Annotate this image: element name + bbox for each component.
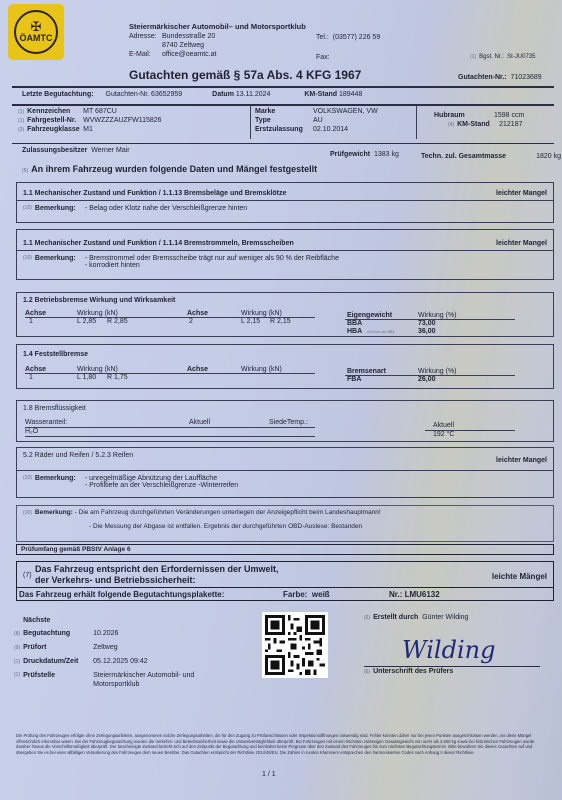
- pruefstelle-row: (1)PrüfstelleSteiermärkischer Automobil-…: [14, 671, 194, 689]
- code-number: (1): [18, 118, 24, 124]
- divider: [12, 104, 554, 106]
- erstellt-label: Erstellt durch: [373, 614, 418, 621]
- code-number: (1): [14, 671, 20, 689]
- bgst-label: Bgst. Nr.:: [479, 54, 504, 60]
- last-inspection-row: Letzte Begutachtung: Gutachten-Nr. 63652…: [22, 91, 362, 98]
- brake-fluid-box: 1.8 Bremsflüssigkeit Wasseranteil: Aktue…: [16, 400, 554, 442]
- axle-right-value: R 2,85: [107, 318, 128, 325]
- axle-left-value: L 2,85: [77, 318, 96, 325]
- parking-brake-box: 1.4 Feststellbremse Achse Wirkung (kN) A…: [16, 344, 554, 389]
- type-label: Type: [255, 117, 313, 124]
- achse-label: Achse: [25, 310, 46, 317]
- farbe-label: Farbe:: [283, 590, 307, 599]
- divider: [25, 427, 315, 428]
- remark-label: Bemerkung:: [35, 475, 85, 489]
- next-inspection-row: (8)Nächste Begutachtung10.2026: [14, 614, 194, 641]
- remark-label: Bemerkung:: [35, 205, 85, 212]
- signature-line: [364, 666, 540, 667]
- erstellt-value: Günter Wilding: [422, 614, 468, 621]
- logo-text: ÖAMTC: [20, 33, 53, 43]
- divider: [25, 436, 315, 437]
- aktuell-label: Aktuell: [189, 419, 210, 426]
- divider: [17, 587, 553, 588]
- farbe-row: Farbe: weiß: [283, 590, 330, 599]
- last-date-value: 13.11.2024: [236, 91, 271, 98]
- divider: [12, 143, 554, 144]
- remark-text: - Belag oder Klotz nahe der Verschleißgr…: [85, 205, 247, 212]
- code-number: (6): [364, 669, 370, 675]
- kennzeichen-label: Kennzeichen: [27, 108, 83, 115]
- gesamtmasse-label: Techn. zul. Gesamtmasse: [421, 153, 506, 160]
- code-number: (10): [23, 475, 32, 489]
- tel-value: (03577) 226 59: [333, 34, 380, 41]
- erstellt-row: (6)Erstellt durch Günter Wilding: [364, 614, 468, 621]
- achse-label: Achse: [187, 366, 208, 373]
- wirkung-pct-label: Wirkung (%): [418, 368, 457, 375]
- page-title: Gutachten gemäß § 57a Abs. 4 KFG 1967: [129, 68, 361, 82]
- code-number: (3): [18, 127, 24, 133]
- axle-left-value: L 2,15: [241, 318, 260, 325]
- bba-value: 73,00: [418, 320, 436, 327]
- eagle-icon: ✠: [31, 21, 42, 33]
- email-row: E-Mail:office@oeamtc.at: [129, 51, 216, 58]
- fahrgestell-value: WVWZZZAUZFW115826: [83, 117, 161, 124]
- address-label: Adresse:: [129, 33, 162, 40]
- siede-value: 192 °C: [433, 431, 454, 438]
- email-label: E-Mail:: [129, 51, 162, 58]
- address-line1: Bundesstraße 20: [162, 33, 215, 40]
- hubraum-value: 1598 ccm: [494, 112, 524, 119]
- general-remark-line1: (10)Bemerkung: - Die am Fahrzeug durchge…: [17, 506, 553, 519]
- code-number: (8): [14, 631, 20, 637]
- remark-text: - Die Messung der Abgase ist entfallen. …: [17, 519, 553, 530]
- marke-value: VOLKSWAGEN, VW: [313, 108, 378, 115]
- druckdatum-label: Druckdatum/Zeit: [23, 655, 93, 668]
- owner-row: Zulassungsbesitzer Werner Mair: [22, 147, 130, 154]
- divider: [12, 86, 554, 88]
- code-number: (1): [470, 54, 476, 60]
- code-number: (6): [364, 615, 370, 621]
- fba-label: FBA: [347, 376, 361, 383]
- owner-value: Werner Mair: [91, 147, 129, 154]
- divider: [345, 336, 445, 337]
- code-number: (1): [14, 659, 20, 665]
- code-number: (1): [18, 109, 24, 115]
- tel-row: Tel.: (03577) 226 59: [316, 34, 380, 41]
- code-number: (7): [23, 572, 32, 579]
- klasse-row: (3)FahrzeugklasseM1: [18, 126, 93, 133]
- plakette-nr-value: LMU6132: [405, 590, 440, 599]
- remark-text: - Die am Fahrzeug durchgeführten Verände…: [75, 509, 381, 516]
- achse-label: Achse: [187, 310, 208, 317]
- klasse-label: Fahrzeugklasse: [27, 126, 83, 133]
- legal-footer: Die Prüfung des Fahrzeuges erfolgte ohne…: [16, 733, 538, 755]
- wirkung-label: Wirkung (kN): [241, 366, 282, 373]
- remark-text: - korrodiert hinten: [85, 262, 339, 269]
- druckdatum-row: (1)Druckdatum/Zeit05.12.2025 09:42: [14, 655, 194, 669]
- divider: [416, 105, 417, 139]
- hubraum-label: Hubraum: [434, 112, 494, 119]
- scope-text: Prüfumfang gemäß PBStV Anlage 6: [21, 546, 131, 553]
- findings-heading-text: An ihrem Fahrzeug wurden folgende Daten …: [31, 164, 317, 174]
- code-number: (5): [22, 168, 28, 174]
- fahrgestell-row: (1)Fahrgestell-Nr.WVWZZZAUZFW115826: [18, 117, 162, 124]
- club-name: Steiermärkischer Automobil– und Motorspo…: [129, 22, 306, 31]
- code-number: (4): [448, 122, 454, 128]
- aktuell-label: Aktuell: [433, 422, 454, 429]
- brake-fluid-title: 1.8 Bremsflüssigkeit: [23, 405, 86, 412]
- divider: [250, 105, 251, 139]
- plakette-label: Das Fahrzeug erhält folgende Begutachtun…: [19, 590, 224, 599]
- last-date-label: Datum: [212, 91, 234, 98]
- siede-label: SiedeTemp.:: [269, 419, 308, 426]
- gesamtmasse-value: 1820 kg: [536, 153, 561, 160]
- tel-label: Tel.:: [316, 34, 329, 41]
- achse-label: Achse: [25, 366, 46, 373]
- code-number: (10): [23, 510, 32, 516]
- verdict-line1: Das Fahrzeug entspricht den Erforderniss…: [35, 564, 279, 575]
- next-inspection-label: Nächste Begutachtung: [23, 614, 93, 640]
- klasse-value: M1: [83, 126, 93, 133]
- wirkung-label: Wirkung (kN): [241, 310, 282, 317]
- marke-label: Marke: [255, 108, 313, 115]
- tyres-box: 5.2 Räder und Reifen / 5.2.3 Reifenleich…: [16, 447, 554, 498]
- gutachten-nr-label: Gutachten-Nr.:: [458, 74, 507, 81]
- finding-title: 1.1 Mechanischer Zustand und Funktion / …: [23, 240, 294, 247]
- last-gutachten-label: Gutachten-Nr.: [106, 91, 150, 98]
- page-indicator: 1 / 1: [262, 771, 276, 778]
- bgst-row: (1)Bgst. Nr.: St-JU0735: [470, 54, 536, 60]
- pruefstelle-label: Prüfstelle: [23, 671, 93, 689]
- scope-box: Prüfumfang gemäß PBStV Anlage 6: [16, 544, 554, 555]
- axle-left-value: L 1,80: [77, 374, 96, 381]
- pruefort-value: Zeltweg: [93, 644, 118, 651]
- pruefort-label: Prüfort: [23, 641, 93, 654]
- oeamtc-logo: ✠ ÖAMTC: [8, 4, 64, 60]
- finding-title: 1.1 Mechanischer Zustand und Funktion / …: [23, 190, 286, 197]
- vehicle-data: (1)KennzeichenMT 687CU (1)Fahrgestell-Nr…: [18, 108, 558, 140]
- general-remark-box: (10)Bemerkung: - Die am Fahrzeug durchge…: [16, 505, 554, 542]
- code-number: (10): [23, 255, 32, 269]
- service-brake-box: 1.2 Betriebsbremse Wirkung und Wirksamke…: [16, 292, 554, 337]
- wirkung-label: Wirkung (kN): [77, 310, 118, 317]
- remark-text: - Profiltiefe an der Verschleißgrenze -W…: [85, 482, 238, 489]
- remark-label: Bemerkung:: [35, 255, 85, 269]
- km-stand-label: KM-Stand: [457, 121, 499, 128]
- kennzeichen-value: MT 687CU: [83, 108, 117, 115]
- hba-note: mit Kreis der BBA: [367, 330, 395, 334]
- pruefort-row: (9)PrüfortZeltweg: [14, 641, 194, 655]
- fba-value: 26,00: [418, 376, 436, 383]
- verdict-text: Das Fahrzeug entspricht den Erforderniss…: [35, 564, 279, 586]
- verdict-result: leichte Mängel: [492, 572, 547, 581]
- severity-badge: leichter Mangel: [496, 190, 547, 197]
- wasser-label: Wasseranteil:: [25, 419, 67, 426]
- owner-label: Zulassungsbesitzer: [22, 147, 87, 154]
- hba-value: 36,00: [418, 328, 436, 335]
- fahrgestell-label: Fahrgestell-Nr.: [27, 117, 83, 124]
- remark-label: Bemerkung:: [35, 509, 73, 516]
- qr-code: [262, 612, 328, 678]
- unterschrift-label: Unterschrift des Prüfers: [373, 668, 453, 675]
- gesamtmasse-row: Techn. zul. Gesamtmasse1820 kg: [421, 153, 561, 160]
- fax-label: Fax:: [316, 54, 330, 61]
- erstzulassung-value: 02.10.2014: [313, 126, 348, 133]
- last-km-value: 189448: [339, 91, 362, 98]
- qr-code-icon: [265, 615, 325, 675]
- km-stand-value: 212187: [499, 121, 522, 128]
- axle-number: 1: [29, 318, 33, 325]
- bba-label: BBA: [347, 320, 362, 327]
- bottom-info: (8)Nächste Begutachtung10.2026 (9)Prüfor…: [14, 614, 194, 689]
- gutachten-nr-value: 71023689: [511, 74, 542, 81]
- findings-heading: (5)An ihrem Fahrzeug wurden folgende Dat…: [22, 164, 317, 174]
- last-inspection-label: Letzte Begutachtung:: [22, 91, 94, 98]
- hba-label: HBA: [347, 328, 362, 335]
- bremsenart-label: Bremsenart: [347, 368, 386, 375]
- plakette-nr-row: Nr.: LMU6132: [389, 590, 440, 599]
- severity-badge: leichter Mangel: [496, 240, 547, 247]
- axle-number: 1: [29, 374, 33, 381]
- pruefgewicht-value: 1383 kg: [374, 151, 399, 158]
- wirkung-pct-label: Wirkung (%): [418, 312, 457, 319]
- severity-badge: leichter Mangel: [496, 457, 547, 464]
- axle-number: 2: [189, 318, 193, 325]
- finding-box: 1.1 Mechanischer Zustand und Funktion / …: [16, 229, 554, 280]
- last-km-label: KM-Stand: [304, 91, 337, 98]
- finding-box: 1.1 Mechanischer Zustand und Funktion / …: [16, 182, 554, 223]
- unterschrift-row: (6)Unterschrift des Prüfers: [364, 668, 453, 675]
- pruefstelle-value: Motorsportklub: [93, 680, 194, 689]
- bgst-value: St-JU0735: [507, 54, 535, 60]
- type-row: TypeAU: [255, 117, 323, 124]
- farbe-value: weiß: [312, 590, 330, 599]
- axle-right-value: R 1,75: [107, 374, 128, 381]
- erstzulassung-label: Erstzulassung: [255, 126, 313, 133]
- verdict-box: (7) Das Fahrzeug entspricht den Erforder…: [16, 561, 554, 601]
- pruefstelle-value: Steiermärkischer Automobil- und: [93, 671, 194, 680]
- remark-text: - unregelmäßige Abnützung der Lauffläche: [85, 475, 238, 482]
- type-value: AU: [313, 117, 323, 124]
- pruefgewicht-row: Prüfgewicht 1383 kg: [330, 151, 399, 158]
- eigengewicht-label: Eigengewicht: [347, 312, 392, 319]
- verdict-line2: der Verkehrs- und Betriebssicherheit:: [35, 575, 279, 586]
- plakette-nr-label: Nr.:: [389, 590, 402, 599]
- last-gutachten-value: 63652959: [151, 91, 182, 98]
- code-number: (10): [23, 205, 32, 212]
- axle-right-value: R 2,15: [270, 318, 291, 325]
- h2o-label: H₂O: [25, 428, 38, 435]
- service-brake-title: 1.2 Betriebsbremse Wirkung und Wirksamke…: [23, 297, 175, 304]
- divider: [25, 373, 315, 374]
- code-number: (9): [14, 645, 20, 651]
- km-stand-row: (4)KM-Stand212187: [434, 121, 522, 128]
- kennzeichen-row: (1)KennzeichenMT 687CU: [18, 108, 117, 115]
- gutachten-number: Gutachten-Nr.: 71023689: [458, 74, 542, 81]
- parking-brake-title: 1.4 Feststellbremse: [23, 351, 88, 358]
- next-inspection-value: 10.2026: [93, 630, 118, 637]
- email-value: office@oeamtc.at: [162, 51, 216, 58]
- tyres-title: 5.2 Räder und Reifen / 5.2.3 Reifen: [23, 452, 133, 459]
- hubraum-row: Hubraum1598 ccm: [434, 112, 524, 119]
- erstzulassung-row: Erstzulassung02.10.2014: [255, 126, 348, 133]
- remark-text: - Bremstrommel oder Bremsscheibe trägt n…: [85, 255, 339, 262]
- druckdatum-value: 05.12.2025 09:42: [93, 658, 148, 665]
- pruefgewicht-label: Prüfgewicht: [330, 151, 370, 158]
- signature: Wilding: [402, 636, 495, 664]
- address-line2: 8740 Zeltweg: [162, 42, 204, 49]
- wirkung-label: Wirkung (kN): [77, 366, 118, 373]
- address-row: Adresse:Bundesstraße 20: [129, 33, 215, 40]
- marke-row: MarkeVOLKSWAGEN, VW: [255, 108, 378, 115]
